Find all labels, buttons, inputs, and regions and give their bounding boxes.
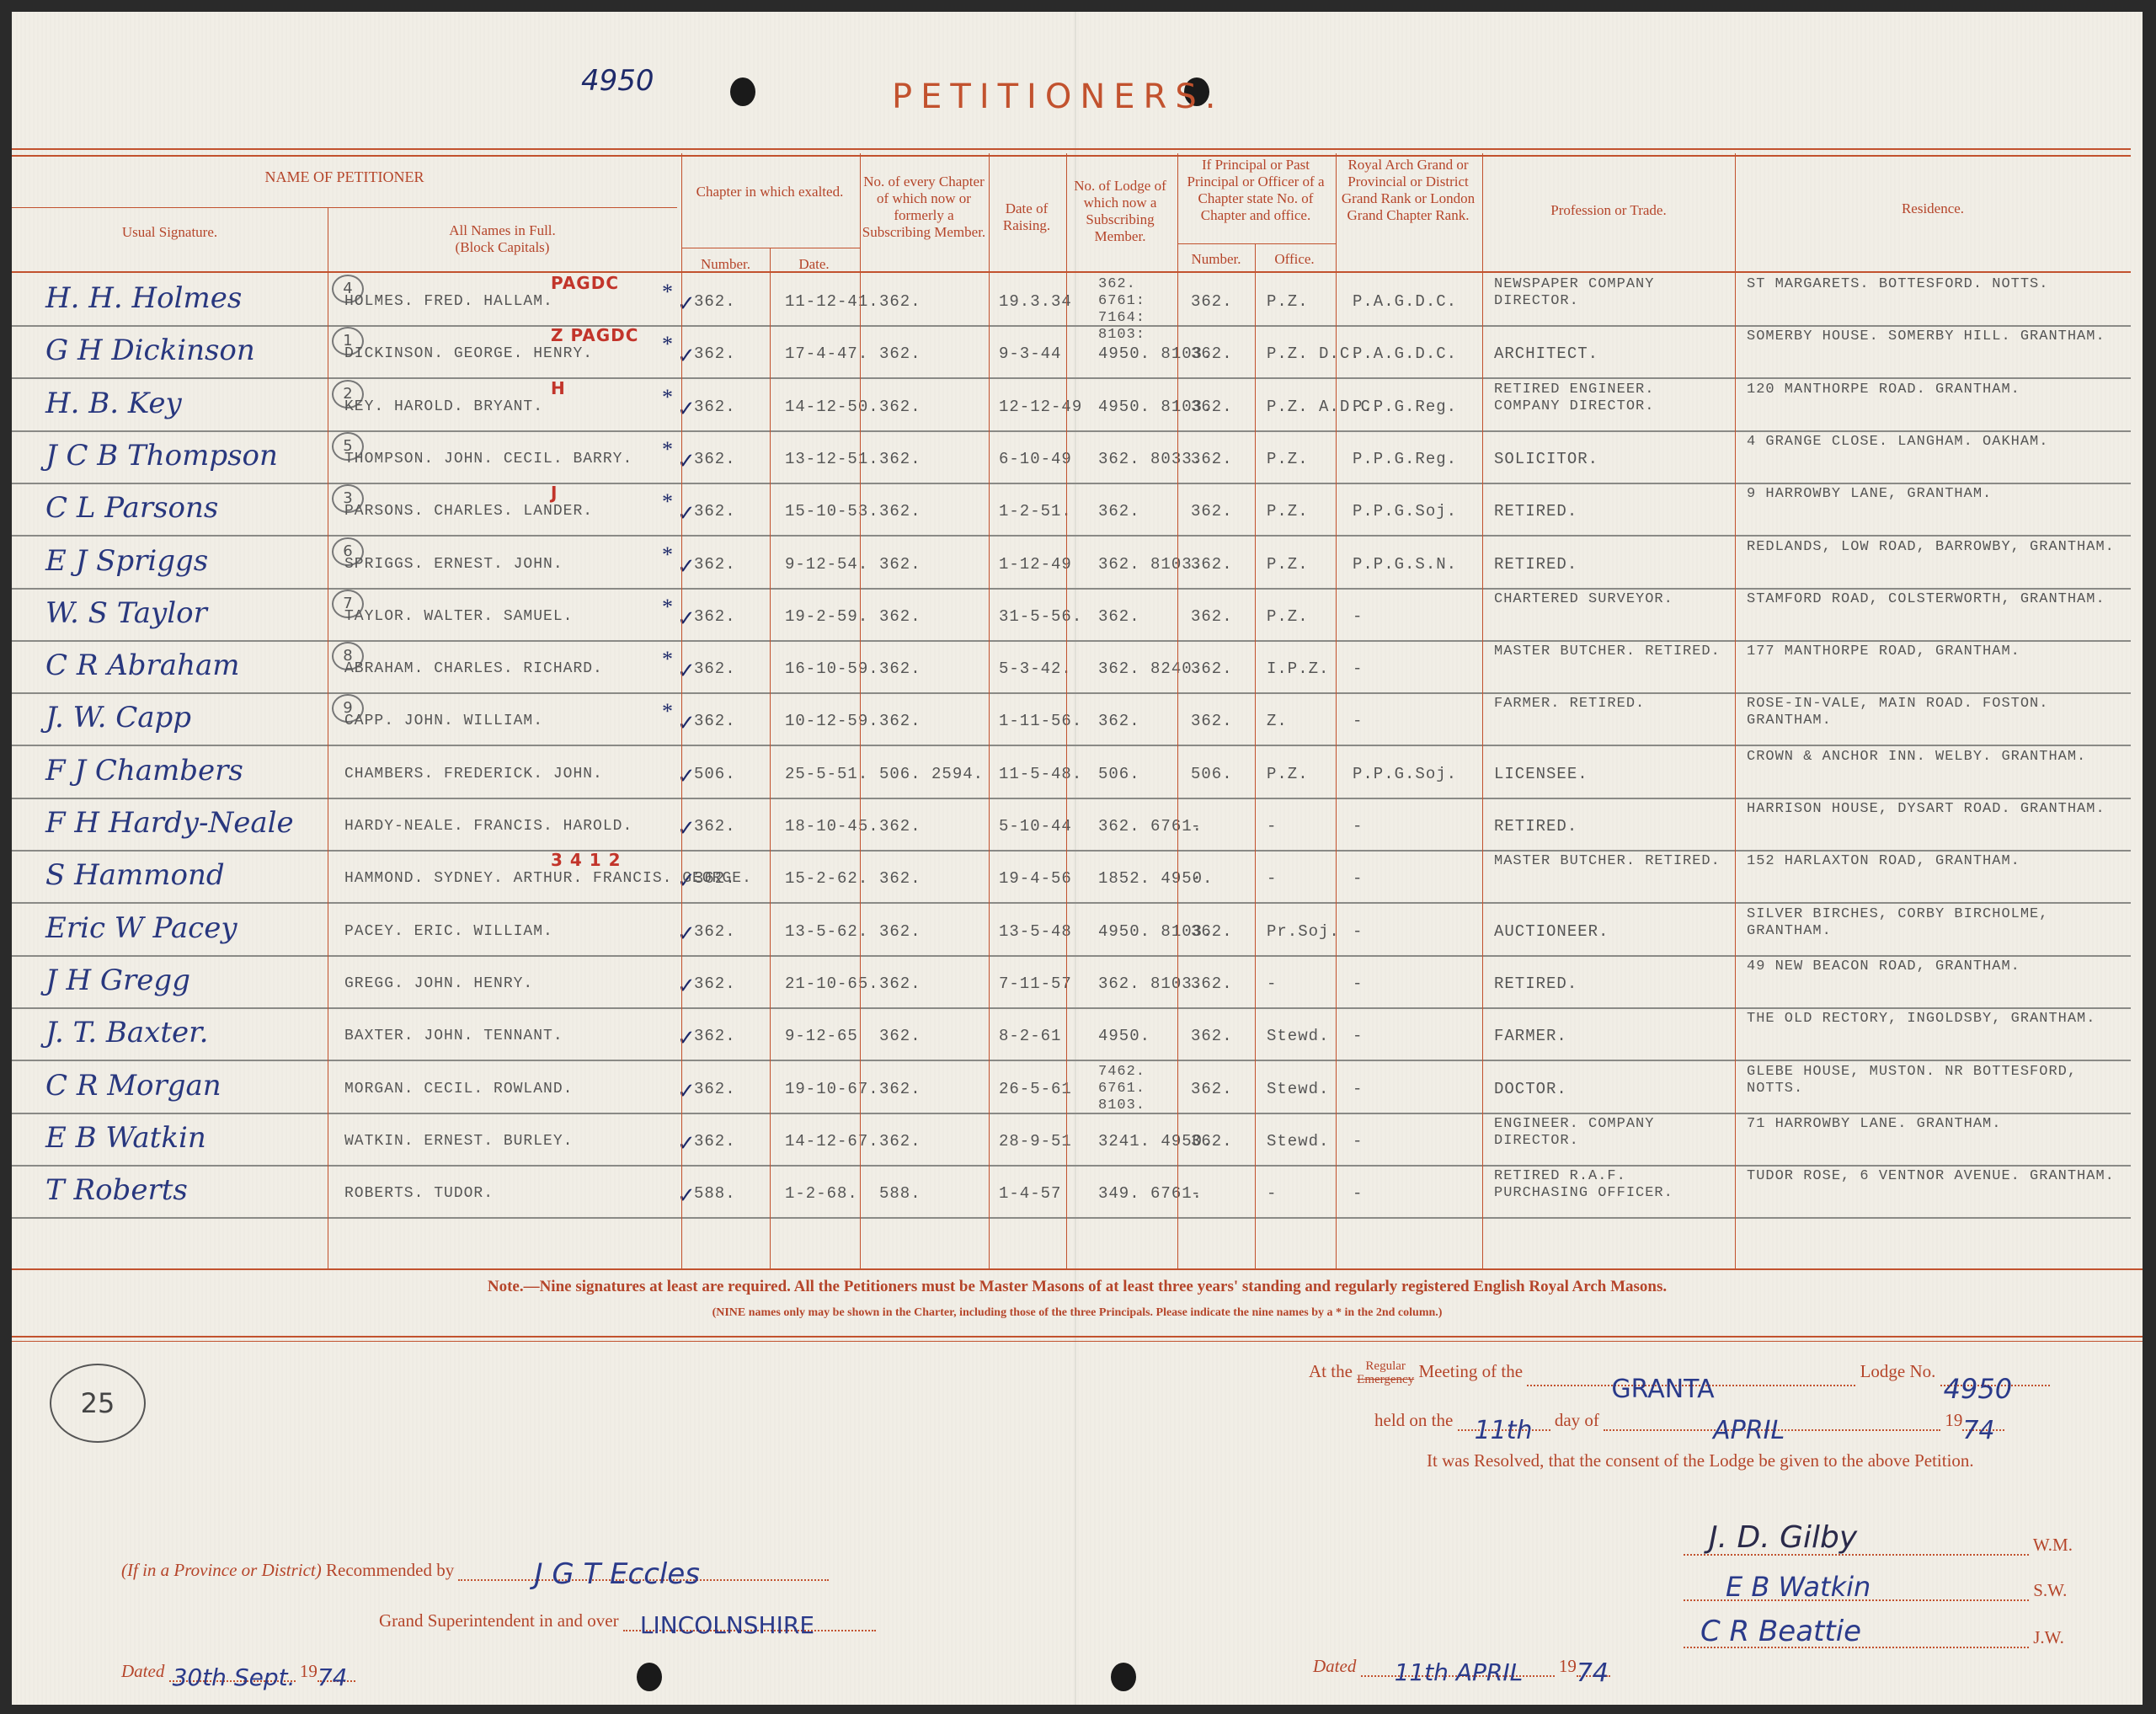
every-chapter: 362. <box>879 1079 972 1099</box>
chapter-date: 1-2-68. <box>785 1183 858 1204</box>
grand-rank: P.P.G.Soj. <box>1353 764 1457 784</box>
lodge-number: 7462. 6761. 8103. <box>1098 1064 1166 1114</box>
principal-number: 362. <box>1191 397 1233 417</box>
name: TAYLOR. WALTER. SAMUEL. <box>344 606 573 627</box>
chapter-number: 506. <box>694 764 736 784</box>
principal-office: P.Z. <box>1267 764 1334 784</box>
chapter-date: 15-2-62. <box>785 868 868 889</box>
date-of-raising: 19-4-56 <box>999 868 1072 889</box>
recommended-line: (If in a Province or District) Recommend… <box>121 1560 829 1581</box>
signature: E B Watkin <box>45 1121 206 1155</box>
every-chapter: 362. <box>879 606 972 627</box>
grand-rank: - <box>1353 921 1363 942</box>
grand-rank: P.P.G.S.N. <box>1353 554 1457 574</box>
label: (If in a Province or District) <box>121 1560 322 1580</box>
principal-number: - <box>1191 816 1201 836</box>
label: 19 <box>1559 1656 1577 1676</box>
col-rule <box>860 153 861 1268</box>
profession: RETIRED. <box>1494 816 1730 836</box>
check-mark-icon: ✓ <box>677 921 696 947</box>
header-chapter-exalted: Chapter in which exalted. <box>681 184 858 200</box>
col-rule <box>1066 153 1067 1268</box>
check-mark-icon: ✓ <box>677 291 696 317</box>
residence: ST MARGARETS. BOTTESFORD. NOTTS. <box>1747 276 2117 293</box>
date-of-raising: 7-11-57 <box>999 974 1072 994</box>
principal-number: 362. <box>1191 606 1233 627</box>
principal-office: - <box>1267 868 1334 889</box>
every-chapter: 362. <box>879 554 972 574</box>
signature: G H Dickinson <box>45 334 255 367</box>
grand-rank: P.A.G.D.C. <box>1353 291 1457 312</box>
residence: REDLANDS, LOW ROAD, BARROWBY, GRANTHAM. <box>1747 539 2117 556</box>
name: MORGAN. CECIL. ROWLAND. <box>344 1079 573 1099</box>
lodge-number: 362. 8103. <box>1098 974 1166 994</box>
label: 19 <box>300 1661 318 1681</box>
chapter-date: 18-10-45. <box>785 816 879 836</box>
date-of-raising: 9-3-44 <box>999 344 1061 364</box>
star-mark-icon: * <box>662 437 673 462</box>
star-mark-icon: * <box>662 280 673 305</box>
wm-line: J. D. Gilby W.M. <box>1684 1535 2073 1556</box>
table-row: C R Morgan✓MORGAN. CECIL. ROWLAND.362.19… <box>12 1060 2131 1114</box>
grand-rank: P.P.G.Reg. <box>1353 397 1457 417</box>
footer-rule <box>12 1336 2143 1342</box>
check-mark-icon: ✓ <box>677 501 696 526</box>
punch-hole <box>730 77 755 106</box>
note-nine-names: (NINE names only may be shown in the Cha… <box>12 1306 2143 1320</box>
lodge-number: 506. <box>1098 764 1166 784</box>
col-rule <box>1735 153 1736 1268</box>
header-block-capitals: (Block Capitals) <box>328 239 677 256</box>
header-all-names: All Names in Full. <box>328 222 677 239</box>
signature: T Roberts <box>45 1173 188 1207</box>
check-mark-icon: ✓ <box>677 1026 696 1051</box>
chapter-date: 9-12-54. <box>785 554 868 574</box>
col-rule <box>328 207 328 1268</box>
chapter-date: 25-5-51. <box>785 764 868 784</box>
chapter-number: 362. <box>694 868 736 889</box>
chapter-number: 362. <box>694 344 736 364</box>
chapter-date: 11-12-41. <box>785 291 879 312</box>
principal-number: 362. <box>1191 711 1233 731</box>
table-row: H. H. Holmes4PAGDC*✓HOLMES. FRED. HALLAM… <box>12 273 2131 327</box>
principal-office: Stewd. <box>1267 1131 1334 1151</box>
chapter-number: 362. <box>694 974 736 994</box>
principal-number: 506. <box>1191 764 1233 784</box>
col-rule <box>1336 153 1337 1268</box>
name: ROBERTS. TUDOR. <box>344 1183 494 1204</box>
chapter-date: 14-12-50. <box>785 397 879 417</box>
residence: 9 HARROWBY LANE, GRANTHAM. <box>1747 486 2117 503</box>
recommendation-year-field[interactable]: 74 <box>318 1663 348 1691</box>
table-row: Eric W Pacey✓PACEY. ERIC. WILLIAM.362.13… <box>12 903 2131 957</box>
profession: ENGINEER. COMPANY DIRECTOR. <box>1494 1116 1730 1150</box>
chapter-number: 362. <box>694 291 736 312</box>
table-row: E B Watkin✓WATKIN. ERNEST. BURLEY.362.14… <box>12 1113 2131 1167</box>
every-chapter: 362. <box>879 816 972 836</box>
principal-office: P.Z. <box>1267 291 1334 312</box>
name: WATKIN. ERNEST. BURLEY. <box>344 1131 573 1151</box>
header-royal-arch-rank: Royal Arch Grand or Provincial or Distri… <box>1336 157 1481 224</box>
signature: E J Spriggs <box>45 544 208 578</box>
check-mark-icon: ✓ <box>677 764 696 789</box>
principal-office: - <box>1267 974 1334 994</box>
chapter-number: 362. <box>694 921 736 942</box>
chapter-date: 13-5-62. <box>785 921 868 942</box>
wm-label: W.M. <box>2033 1535 2073 1555</box>
principal-office: Stewd. <box>1267 1026 1334 1046</box>
principal-number: 362. <box>1191 449 1233 469</box>
circled-number: 25 <box>50 1364 146 1443</box>
star-mark-icon: * <box>662 699 673 724</box>
star-mark-icon: * <box>662 385 673 410</box>
document-number: 4950 <box>581 64 654 98</box>
every-chapter: 362. <box>879 659 972 679</box>
name: PARSONS. CHARLES. LANDER. <box>344 501 593 521</box>
label: Dated <box>121 1661 164 1681</box>
chapter-number: 362. <box>694 397 736 417</box>
table-bottom-rule <box>12 1268 2143 1270</box>
label: held on the <box>1374 1410 1453 1430</box>
jw-line: C R Beattie J.W. <box>1684 1627 2064 1648</box>
table-row: J C B Thompson5*✓THOMPSON. JOHN. CECIL. … <box>12 430 2131 484</box>
every-chapter: 362. <box>879 868 972 889</box>
col-rule <box>1255 243 1256 1268</box>
chapter-date: 10-12-59. <box>785 711 879 731</box>
principal-number: 362. <box>1191 501 1233 521</box>
every-chapter: 362. <box>879 974 972 994</box>
grand-rank: - <box>1353 974 1363 994</box>
lodge-number: 1852. 4950. <box>1098 868 1166 889</box>
grand-rank: P.P.G.Soj. <box>1353 501 1457 521</box>
month-field[interactable]: APRIL <box>1713 1416 1785 1445</box>
name: CAPP. JOHN. WILLIAM. <box>344 711 543 731</box>
chapter-date: 21-10-65. <box>785 974 879 994</box>
annotation: PAGDC <box>551 273 619 293</box>
emergency-label: Emergency <box>1357 1373 1414 1386</box>
chapter-date: 15-10-53. <box>785 501 879 521</box>
signature: J H Gregg <box>45 964 190 997</box>
profession: MASTER BUTCHER. RETIRED. <box>1494 643 1730 660</box>
header-principal: If Principal or Past Principal or Office… <box>1177 157 1334 224</box>
chapter-number: 362. <box>694 606 736 627</box>
table-row: J. T. Baxter.✓BAXTER. JOHN. TENNANT.362.… <box>12 1007 2131 1061</box>
chapter-number: 362. <box>694 659 736 679</box>
star-mark-icon: * <box>662 542 673 568</box>
table-row: H. B. Key2H*✓KEY. HAROLD. BRYANT.362.14-… <box>12 378 2131 432</box>
resolution-date-field[interactable]: 11th APRIL <box>1395 1658 1524 1686</box>
resolution-year-field[interactable]: 74 <box>1577 1658 1609 1688</box>
profession: LICENSEE. <box>1494 764 1730 784</box>
col-rule <box>681 153 682 1268</box>
date-of-raising: 6-10-49 <box>999 449 1072 469</box>
every-chapter: 362. <box>879 501 972 521</box>
annotation: H <box>551 378 566 398</box>
col-rule <box>770 248 771 1268</box>
principal-number: 362. <box>1191 1079 1233 1099</box>
table-row: E J Spriggs6*✓SPRIGGS. ERNEST. JOHN.362.… <box>12 536 2131 590</box>
table-row: T Roberts✓ROBERTS. TUDOR.588.1-2-68.588.… <box>12 1165 2131 1219</box>
date-of-raising: 19.3.34 <box>999 291 1072 312</box>
grand-rank: - <box>1353 868 1363 889</box>
chapter-date: 16-10-59. <box>785 659 879 679</box>
lodge-number: 362. 8033. <box>1098 449 1166 469</box>
date-of-raising: 1-11-56. <box>999 711 1082 731</box>
profession: RETIRED R.A.F. PURCHASING OFFICER. <box>1494 1168 1730 1202</box>
label: Meeting of the <box>1418 1361 1523 1381</box>
principal-number: - <box>1191 1183 1201 1204</box>
date-of-raising: 26-5-61 <box>999 1079 1072 1099</box>
signature: C L Parsons <box>45 491 218 525</box>
name: GREGG. JOHN. HENRY. <box>344 974 533 994</box>
header-rule <box>1177 243 1336 244</box>
every-chapter: 362. <box>879 291 972 312</box>
principal-number: 362. <box>1191 659 1233 679</box>
lodge-name-field[interactable]: GRANTA <box>1611 1375 1714 1404</box>
principal-office: P.Z. D.C. <box>1267 344 1334 364</box>
chapter-date: 19-10-67. <box>785 1079 879 1099</box>
date-of-raising: 8-2-61 <box>999 1026 1061 1046</box>
principal-number: 362. <box>1191 1131 1233 1151</box>
lodge-number: 362. <box>1098 501 1166 521</box>
chapter-number: 362. <box>694 501 736 521</box>
residence: 152 HARLAXTON ROAD, GRANTHAM. <box>1747 853 2117 870</box>
every-chapter: 362. <box>879 1026 972 1046</box>
chapter-number: 362. <box>694 816 736 836</box>
annotation: Z PAGDC <box>551 325 638 345</box>
star-mark-icon: * <box>662 595 673 620</box>
principal-number: 362. <box>1191 554 1233 574</box>
residence: 49 NEW BEACON ROAD, GRANTHAM. <box>1747 958 2117 975</box>
lodge-number: 349. 6761. <box>1098 1183 1166 1204</box>
table-row: C L Parsons3J*✓PARSONS. CHARLES. LANDER.… <box>12 483 2131 537</box>
signature: J C B Thompson <box>45 439 278 473</box>
jw-signature: C R Beattie <box>1700 1615 1861 1648</box>
profession: ARCHITECT. <box>1494 344 1730 364</box>
name: HARDY-NEALE. FRANCIS. HAROLD. <box>344 816 632 836</box>
profession: RETIRED. <box>1494 974 1730 994</box>
check-mark-icon: ✓ <box>677 1183 696 1209</box>
name: DICKINSON. GEORGE. HENRY. <box>344 344 593 364</box>
date-of-raising: 1-12-49 <box>999 554 1072 574</box>
signature: Eric W Pacey <box>45 911 237 945</box>
annotation: J <box>551 483 558 503</box>
grand-rank: - <box>1353 1183 1363 1204</box>
grand-rank: - <box>1353 1131 1363 1151</box>
sw-label: S.W. <box>2033 1580 2067 1600</box>
chapter-date: 13-12-51. <box>785 449 879 469</box>
principal-office: Stewd. <box>1267 1079 1334 1099</box>
date-of-raising: 28-9-51 <box>999 1131 1072 1151</box>
col-rule <box>1482 153 1483 1268</box>
profession: SOLICITOR. <box>1494 449 1730 469</box>
principal-number: - <box>1191 868 1201 889</box>
check-mark-icon: ✓ <box>677 974 696 999</box>
grand-rank: - <box>1353 816 1363 836</box>
signature: S Hammond <box>45 858 225 892</box>
signature: W. S Taylor <box>45 596 207 630</box>
signature: H. B. Key <box>45 387 182 420</box>
year-field[interactable]: 74 <box>1962 1416 1994 1445</box>
name: BAXTER. JOHN. TENNANT. <box>344 1026 563 1046</box>
table-row: J. W. Capp9*✓CAPP. JOHN. WILLIAM.362.10-… <box>12 692 2131 746</box>
lodge-number: 362. <box>1098 606 1166 627</box>
residence: CROWN & ANCHOR INN. WELBY. GRANTHAM. <box>1747 749 2117 766</box>
residence: THE OLD RECTORY, INGOLDSBY, GRANTHAM. <box>1747 1011 2117 1028</box>
header-principal-number: Number. <box>1177 251 1255 268</box>
residence: SOMERBY HOUSE. SOMERBY HILL. GRANTHAM. <box>1747 328 2117 345</box>
held-on-line: held on the 11th day of APRIL 1974 <box>1374 1410 2004 1431</box>
recommended-by-field[interactable]: J G T Eccles <box>534 1557 700 1591</box>
star-mark-icon: * <box>662 489 673 515</box>
table-row: F J Chambers✓CHAMBERS. FREDERICK. JOHN.5… <box>12 745 2131 799</box>
check-mark-icon: ✓ <box>677 344 696 369</box>
profession: DOCTOR. <box>1494 1079 1730 1099</box>
profession: RETIRED. <box>1494 554 1730 574</box>
residence: ROSE-IN-VALE, MAIN ROAD. FOSTON. GRANTHA… <box>1747 696 2117 729</box>
header-chapter-date: Date. <box>770 256 858 273</box>
principal-number: 362. <box>1191 921 1233 942</box>
header-residence: Residence. <box>1735 200 2131 217</box>
date-of-raising: 12-12-49 <box>999 397 1082 417</box>
profession: RETIRED ENGINEER. COMPANY DIRECTOR. <box>1494 382 1730 415</box>
name: SPRIGGS. ERNEST. JOHN. <box>344 554 563 574</box>
recommendation-date-field[interactable]: 30th Sept. <box>173 1663 296 1691</box>
principal-office: Pr.Soj. <box>1267 921 1334 942</box>
date-of-raising: 31-5-56. <box>999 606 1082 627</box>
signature: H. H. Holmes <box>45 281 242 315</box>
principal-office: I.P.Z. <box>1267 659 1334 679</box>
residence: 4 GRANGE CLOSE. LANGHAM. OAKHAM. <box>1747 434 2117 451</box>
lodge-number: 362. <box>1098 711 1166 731</box>
residence: GLEBE HOUSE, MUSTON. NR BOTTESFORD, NOTT… <box>1747 1064 2117 1097</box>
lodge-number: 362. 8103. <box>1098 554 1166 574</box>
check-mark-icon: ✓ <box>677 659 696 684</box>
header-date-of-raising: Date of Raising. <box>989 200 1065 234</box>
chapter-number: 588. <box>694 1183 736 1204</box>
principal-office: - <box>1267 1183 1334 1204</box>
profession: CHARTERED SURVEYOR. <box>1494 591 1730 608</box>
date-of-raising: 5-3-42. <box>999 659 1072 679</box>
principal-office: P.Z. <box>1267 606 1334 627</box>
residence: 71 HARROWBY LANE. GRANTHAM. <box>1747 1116 2117 1133</box>
name: CHAMBERS. FREDERICK. JOHN. <box>344 764 603 784</box>
check-mark-icon: ✓ <box>677 816 696 841</box>
signature: J. W. Capp <box>45 701 191 734</box>
principal-office: - <box>1267 816 1334 836</box>
jw-label: J.W. <box>2033 1627 2064 1647</box>
signature: F H Hardy-Neale <box>45 806 294 840</box>
principal-number: 362. <box>1191 291 1233 312</box>
label: Grand Superintendent in and over <box>379 1610 619 1631</box>
grand-rank: - <box>1353 1079 1363 1099</box>
residence: TUDOR ROSE, 6 VENTNOR AVENUE. GRANTHAM. <box>1747 1168 2117 1185</box>
grand-rank: - <box>1353 711 1363 731</box>
name: HOLMES. FRED. HALLAM. <box>344 291 553 312</box>
residence: 120 MANTHORPE ROAD. GRANTHAM. <box>1747 382 2117 398</box>
day-field[interactable]: 11th <box>1475 1416 1533 1445</box>
chapter-number: 362. <box>694 554 736 574</box>
table-row: G H Dickinson1Z PAGDC*✓DICKINSON. GEORGE… <box>12 325 2131 379</box>
chapter-number: 362. <box>694 1079 736 1099</box>
header-chapter-number: Number. <box>681 256 770 273</box>
check-mark-icon: ✓ <box>677 711 696 736</box>
lodge-number: 3241. 4950. <box>1098 1131 1166 1151</box>
every-chapter: 362. <box>879 397 972 417</box>
table-row: F H Hardy-Neale✓HARDY-NEALE. FRANCIS. HA… <box>12 798 2131 852</box>
lodge-number: 362. 8240. <box>1098 659 1166 679</box>
label: day of <box>1555 1410 1599 1430</box>
star-mark-icon: * <box>662 647 673 672</box>
punch-hole <box>637 1663 662 1691</box>
every-chapter: 362. <box>879 344 972 364</box>
signature: J. T. Baxter. <box>45 1016 208 1049</box>
recommendation-dated-line: Dated 30th Sept. 1974 <box>121 1661 355 1682</box>
check-mark-icon: ✓ <box>677 554 696 579</box>
name: ABRAHAM. CHARLES. RICHARD. <box>344 659 603 679</box>
check-mark-icon: ✓ <box>677 1131 696 1156</box>
profession: NEWSPAPER COMPANY DIRECTOR. <box>1494 276 1730 310</box>
province-field[interactable]: LINCOLNSHIRE <box>640 1611 814 1639</box>
wm-signature: J. D. Gilby <box>1709 1520 1857 1555</box>
lodge-number: 4950. 8103. <box>1098 921 1166 942</box>
chapter-date: 19-2-59. <box>785 606 868 627</box>
regular-label: Regular <box>1365 1359 1405 1373</box>
col-rule <box>1177 153 1178 1268</box>
principal-number: 362. <box>1191 1026 1233 1046</box>
chapter-number: 362. <box>694 711 736 731</box>
check-mark-icon: ✓ <box>677 449 696 474</box>
principal-office: P.Z. <box>1267 449 1334 469</box>
name: PACEY. ERIC. WILLIAM. <box>344 921 553 942</box>
principal-office: P.Z. <box>1267 501 1334 521</box>
petitioners-table: NAME OF PETITIONER Usual Signature. All … <box>12 148 2131 1268</box>
label: Lodge No. <box>1860 1361 1936 1381</box>
name: KEY. HAROLD. BRYANT. <box>344 397 543 417</box>
name: THOMPSON. JOHN. CECIL. BARRY. <box>344 449 632 469</box>
every-chapter: 506. 2594. <box>879 764 972 784</box>
profession: AUCTIONEER. <box>1494 921 1730 942</box>
sw-line: E B Watkin S.W. <box>1684 1580 2067 1601</box>
grand-rank: - <box>1353 606 1363 627</box>
residence: HARRISON HOUSE, DYSART ROAD. GRANTHAM. <box>1747 801 2117 818</box>
annotation: 3 4 1 2 <box>551 850 622 870</box>
principal-office: Z. <box>1267 711 1334 731</box>
date-of-raising: 1-4-57 <box>999 1183 1061 1204</box>
check-mark-icon: ✓ <box>677 1079 696 1104</box>
table-row: S Hammond3 4 1 2✓HAMMOND. SYDNEY. ARTHUR… <box>12 850 2131 904</box>
superintendent-line: Grand Superintendent in and over LINCOLN… <box>379 1610 876 1631</box>
meeting-line: At the Regular Emergency Meeting of the … <box>1309 1359 2050 1386</box>
table-top-rule <box>12 148 2131 157</box>
table-row: J H Gregg✓GREGG. JOHN. HENRY.362.21-10-6… <box>12 955 2131 1009</box>
every-chapter: 362. <box>879 1131 972 1151</box>
label: 19 <box>1945 1410 1962 1430</box>
lodge-no-field[interactable]: 4950 <box>1944 1373 2012 1405</box>
col-rule <box>989 153 990 1268</box>
header-usual-signature: Usual Signature. <box>12 224 328 241</box>
table-row: W. S Taylor7*✓TAYLOR. WALTER. SAMUEL.362… <box>12 588 2131 642</box>
petition-form: 4950 PETITIONERS. NAME OF PETITIONER Usu… <box>12 12 2143 1705</box>
date-of-raising: 11-5-48. <box>999 764 1082 784</box>
sw-signature: E B Watkin <box>1726 1571 1870 1603</box>
principal-office: P.Z. A.D.C. <box>1267 397 1334 417</box>
header-principal-office: Office. <box>1255 251 1334 268</box>
name: HAMMOND. SYDNEY. ARTHUR. FRANCIS. GEORGE… <box>344 868 752 889</box>
grand-rank: P.A.G.D.C. <box>1353 344 1457 364</box>
note-nine-signatures: Note.—Nine signatures at least are requi… <box>12 1278 2143 1296</box>
principal-number: 362. <box>1191 974 1233 994</box>
